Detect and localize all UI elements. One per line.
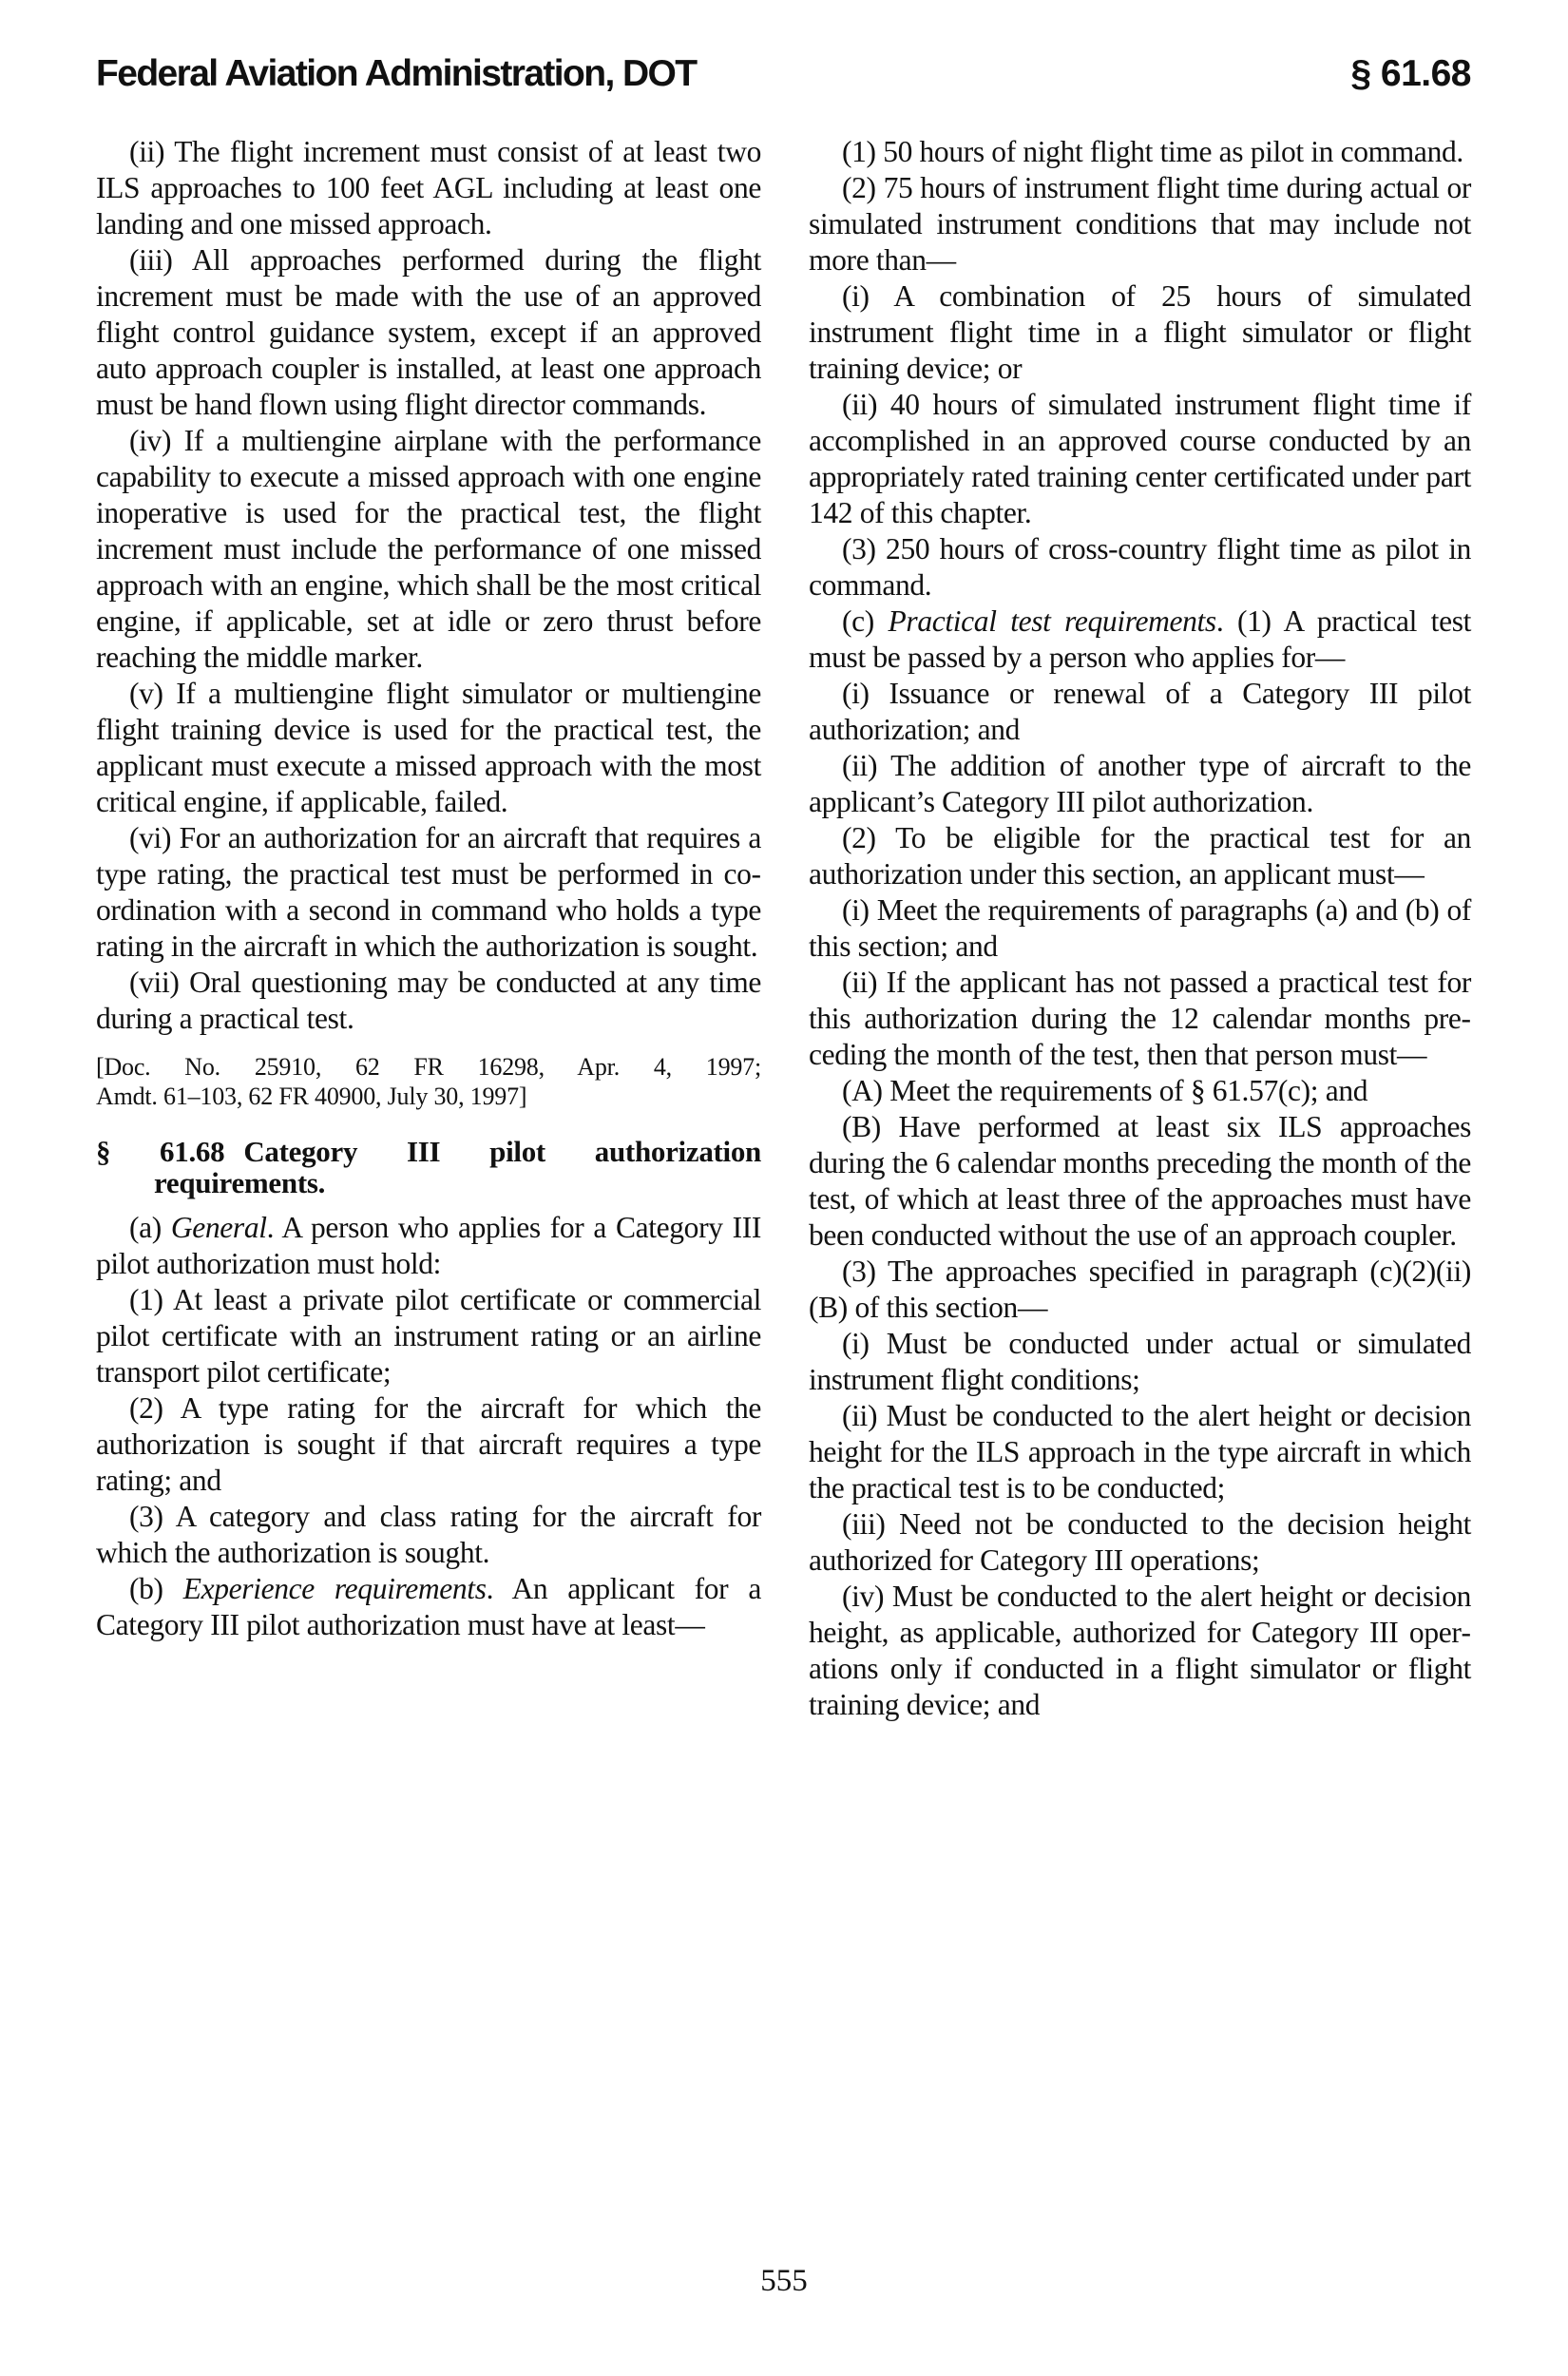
paragraph: (c) Practical test requirements. (1) A p… xyxy=(809,604,1471,676)
agency-title: Federal Aviation Administration, DOT xyxy=(96,51,696,97)
page-number: 555 xyxy=(0,2262,1568,2300)
running-head: Federal Aviation Administration, DOT § 6… xyxy=(96,51,1471,97)
paragraph: (i) A combination of 25 hours of simu­la… xyxy=(809,278,1471,387)
section-number: § 61.68 xyxy=(96,1135,224,1168)
paragraph: (ii) If the applicant has not passed a p… xyxy=(809,965,1471,1073)
paragraph: (3) A category and class rating for the … xyxy=(96,1499,761,1571)
paragraph: (iii) All approaches performed during th… xyxy=(96,242,761,423)
paragraph-text: (1) 50 hours of night flight time as pil… xyxy=(842,135,1463,168)
section-body: (a) General. A person who applies for a … xyxy=(96,1210,761,1643)
paragraph: (2) 75 hours of instrument flight time d… xyxy=(809,170,1471,278)
paragraph-text: (3) 250 hours of cross-country flight ti… xyxy=(809,532,1471,602)
paragraph-text: (2) 75 hours of instrument flight time d… xyxy=(809,171,1471,277)
paragraph-heading: General xyxy=(171,1211,267,1244)
citation-line: Amdt. 61–103, 62 FR 40900, July 30, 1997… xyxy=(96,1083,526,1110)
paragraph: (1) At least a private pilot certificate… xyxy=(96,1282,761,1390)
paragraph-text: (iii) Need not be conducted to the de­ci… xyxy=(809,1507,1471,1577)
paragraph-text: (3) The approaches specified in para­gra… xyxy=(809,1255,1471,1324)
paragraph-text: (2) A type rating for the aircraft for w… xyxy=(96,1391,761,1497)
paragraph: (a) General. A person who applies for a … xyxy=(96,1210,761,1282)
paragraph-label: (c) xyxy=(842,604,889,638)
paragraph: (vi) For an authorization for an air­cra… xyxy=(96,820,761,965)
paragraph: (iv) If a multiengine airplane with the … xyxy=(96,423,761,676)
paragraph: (b) Experience requirements. An appli­ca… xyxy=(96,1571,761,1643)
paragraph-text: (ii) Must be conducted to the alert heig… xyxy=(809,1399,1471,1504)
paragraph: (i) Issuance or renewal of a Category II… xyxy=(809,676,1471,748)
source-citation: [Doc. No. 25910, 62 FR 16298, Apr. 4, 19… xyxy=(96,1052,761,1111)
paragraph: (vii) Oral questioning may be con­ducted… xyxy=(96,965,761,1037)
paragraph: (ii) The addition of another type of air… xyxy=(809,748,1471,820)
section-title: Category III pilot authorization require… xyxy=(154,1135,761,1199)
paragraph: (3) The approaches specified in para­gra… xyxy=(809,1254,1471,1326)
paragraph-text: (B) Have performed at least six ILS appr… xyxy=(809,1110,1471,1252)
right-column: (1) 50 hours of night flight time as pil… xyxy=(809,134,1471,1723)
paragraph-text: (i) A combination of 25 hours of simu­la… xyxy=(809,279,1471,385)
paragraph-text: (1) At least a private pilot certificate… xyxy=(96,1283,761,1389)
paragraph: (A) Meet the requirements of § 61.57(c);… xyxy=(809,1073,1471,1109)
paragraph-text: (i) Issuance or renewal of a Category II… xyxy=(809,677,1471,746)
paragraph-label: (a) xyxy=(129,1211,171,1244)
paragraph-text: (i) Meet the requirements of para­graphs… xyxy=(809,893,1471,963)
section-reference: § 61.68 xyxy=(1350,51,1471,97)
paragraph: (ii) Must be conducted to the alert heig… xyxy=(809,1398,1471,1506)
paragraph: (ii) The flight increment must con­sist … xyxy=(96,134,761,242)
paragraph: (i) Must be conducted under actual or si… xyxy=(809,1326,1471,1398)
paragraph-text: (2) To be eligible for the practical tes… xyxy=(809,821,1471,891)
paragraph: (1) 50 hours of night flight time as pil… xyxy=(809,134,1471,170)
citation-line: [Doc. No. 25910, 62 FR 16298, Apr. 4, 19… xyxy=(96,1052,761,1082)
paragraph-heading: Practical test requirements xyxy=(889,604,1216,638)
paragraph-text: (iv) Must be conducted to the alert heig… xyxy=(809,1580,1471,1721)
section-body-continued: (1) 50 hours of night flight time as pil… xyxy=(809,134,1471,1723)
paragraph-label: (b) xyxy=(129,1572,183,1605)
paragraph: (i) Meet the requirements of para­graphs… xyxy=(809,892,1471,965)
paragraph-text: (ii) The addition of another type of air… xyxy=(809,749,1471,818)
section-heading: § 61.68Category III pilot authorization … xyxy=(96,1136,761,1198)
left-column: (ii) The flight increment must con­sist … xyxy=(96,134,761,1643)
paragraph: (3) 250 hours of cross-country flight ti… xyxy=(809,531,1471,604)
paragraph-text: (i) Must be conducted under actual or si… xyxy=(809,1327,1471,1396)
paragraph-text: (ii) If the applicant has not passed a p… xyxy=(809,966,1471,1071)
paragraph: (2) A type rating for the aircraft for w… xyxy=(96,1390,761,1499)
paragraph: (iv) Must be conducted to the alert heig… xyxy=(809,1579,1471,1723)
paragraph-heading: Experience requirements xyxy=(183,1572,487,1605)
paragraph: (v) If a multiengine flight simulator or… xyxy=(96,676,761,820)
paragraph-text: (A) Meet the requirements of § 61.57(c);… xyxy=(842,1074,1367,1107)
paragraph: (ii) 40 hours of simulated instrument fl… xyxy=(809,387,1471,531)
paragraph: (2) To be eligible for the practical tes… xyxy=(809,820,1471,892)
paragraph-text: (3) A category and class rating for the … xyxy=(96,1500,761,1569)
paragraph: (iii) Need not be conducted to the de­ci… xyxy=(809,1506,1471,1579)
paragraph-text: (ii) 40 hours of simulated instrument fl… xyxy=(809,388,1471,529)
paragraph: (B) Have performed at least six ILS appr… xyxy=(809,1109,1471,1254)
